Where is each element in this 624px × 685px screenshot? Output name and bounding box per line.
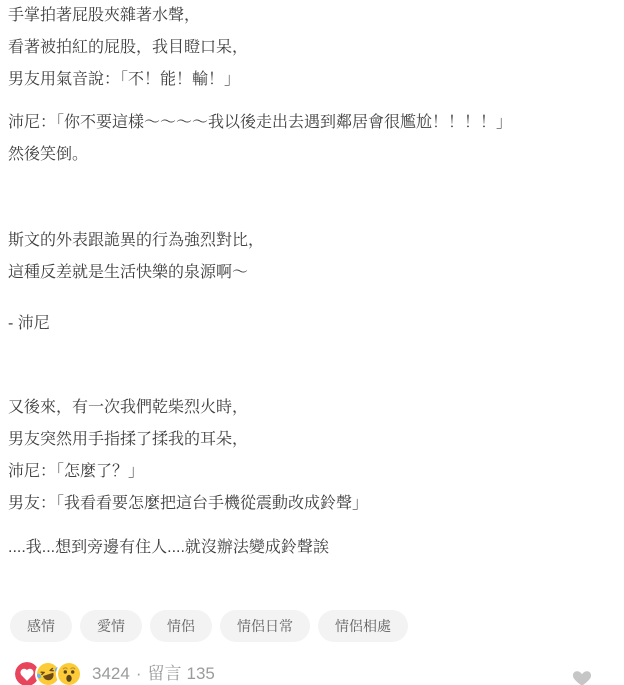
post-line: 又後來，有一次我們乾柴烈火時， [8,392,616,424]
count-separator: · [136,664,142,683]
post-paragraph: 沛尼：「你不要這樣～～～～我以後走出去遇到鄰居會很尷尬！！！！」 然後笑倒。 [8,107,616,171]
post-signature: - 沛尼 [8,308,616,340]
post-line: ....我...想到旁邊有住人....就沒辦法變成鈴聲誒 [8,532,616,564]
post-line: 手掌拍著屁股夾雜著水聲， [8,0,616,32]
comments-count: 135 [187,664,215,683]
post-line: - 沛尼 [8,308,616,340]
post-line: 沛尼：「怎麼了？」 [8,456,616,488]
tag-button[interactable]: 愛情 [80,610,142,642]
reaction-count: 3424 [92,664,130,683]
like-button[interactable] [572,668,592,685]
post-line: 男友用氣音說：「不！能！輸！」 [8,64,616,96]
post-paragraph: 斯文的外表跟詭異的行為強烈對比， 這種反差就是生活快樂的泉源啊～ [8,225,616,289]
post-body: 手掌拍著屁股夾雜著水聲， 看著被拍紅的屁股，我目瞪口呆， 男友用氣音說：「不！能… [8,0,616,564]
astonished-reaction-icon [56,661,82,685]
post-line: 男友突然用手指揉了揉我的耳朵， [8,424,616,456]
post-paragraph: 又後來，有一次我們乾柴烈火時， 男友突然用手指揉了揉我的耳朵， 沛尼：「怎麼了？… [8,392,616,520]
comments-label: 留言 [148,664,182,683]
tag-button[interactable]: 情侶日常 [220,610,310,642]
reaction-summary[interactable]: 3424·留言135 [14,661,616,685]
tag-button[interactable]: 情侶 [150,610,212,642]
post-line: 看著被拍紅的屁股，我目瞪口呆， [8,32,616,64]
tag-button[interactable]: 感情 [10,610,72,642]
post-page: 手掌拍著屁股夾雜著水聲， 看著被拍紅的屁股，我目瞪口呆， 男友用氣音說：「不！能… [0,0,624,685]
post-line: 沛尼：「你不要這樣～～～～我以後走出去遇到鄰居會很尷尬！！！！」 [8,107,616,139]
post-line: 然後笑倒。 [8,139,616,171]
post-paragraph: 手掌拍著屁股夾雜著水聲， 看著被拍紅的屁股，我目瞪口呆， 男友用氣音說：「不！能… [8,0,616,96]
blank-line [8,350,616,382]
heart-icon [572,676,592,685]
tag-list: 感情 愛情 情侶 情侶日常 情侶相處 [10,610,616,642]
post-line: 斯文的外表跟詭異的行為強烈對比， [8,225,616,257]
tag-button[interactable]: 情侶相處 [318,610,408,642]
blank-line [8,182,616,214]
footer-actions [572,668,616,685]
post-line: 這種反差就是生活快樂的泉源啊～ [8,257,616,289]
post-footer: 3424·留言135 [8,661,616,685]
reaction-and-comment-counts: 3424·留言135 [92,661,215,685]
post-paragraph: ....我...想到旁邊有住人....就沒辦法變成鈴聲誒 [8,532,616,564]
post-line: 男友：「我看看要怎麼把這台手機從震動改成鈴聲」 [8,488,616,520]
